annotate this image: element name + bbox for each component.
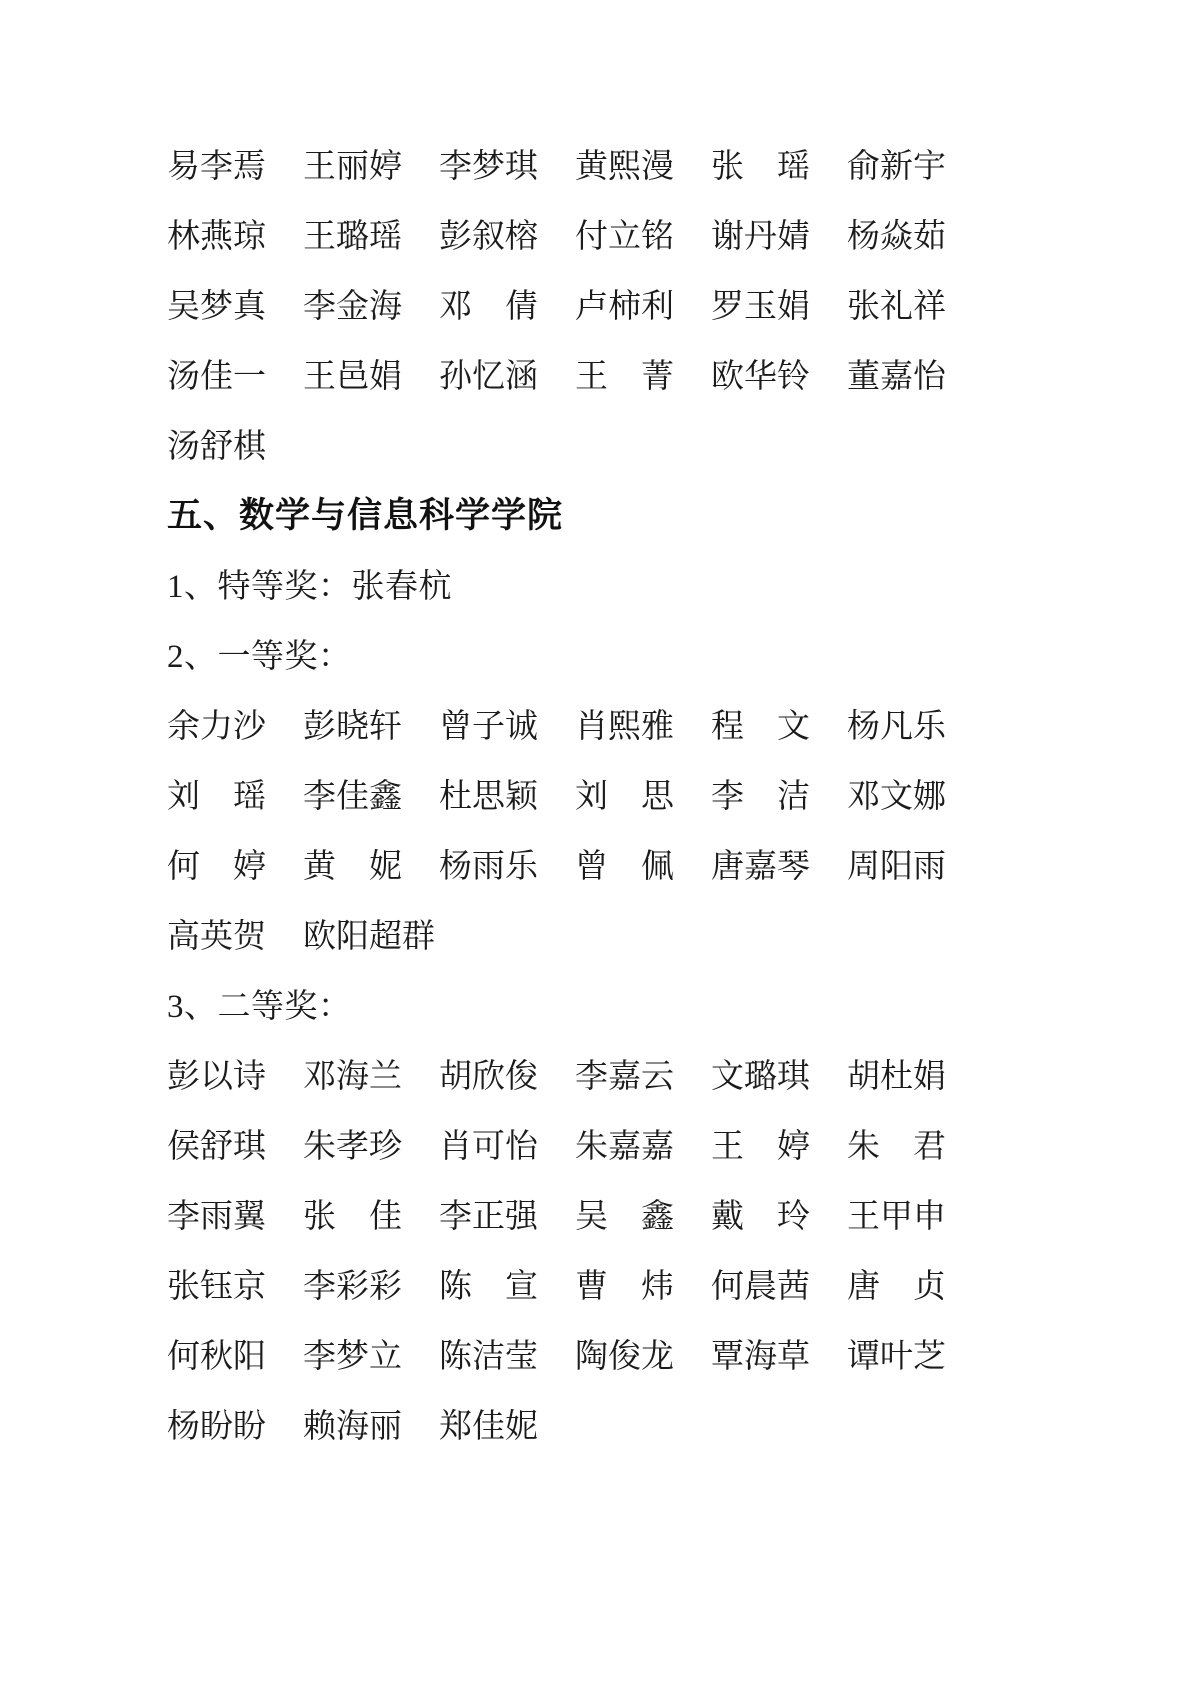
- person-name: 文璐琪: [711, 1050, 810, 1097]
- person-name: 杨焱茹: [847, 210, 946, 257]
- person-name: 朱孝珍: [303, 1120, 402, 1167]
- person-name: 李金海: [303, 280, 402, 327]
- person-name: 谭叶芝: [847, 1330, 946, 1377]
- person-name: 王邑娟: [303, 350, 402, 397]
- person-name: 覃海草: [711, 1330, 810, 1377]
- name-row: 汤舒棋: [167, 408, 1111, 478]
- person-name: 易李焉: [167, 140, 266, 187]
- person-name: 李彩彩: [303, 1260, 402, 1307]
- name-row: 李雨翼张 佳李正强吴 鑫戴 玲王甲申: [167, 1178, 1111, 1248]
- name-row: 彭以诗邓海兰胡欣俊李嘉云文璐琪胡杜娟: [167, 1038, 1111, 1108]
- person-name: 欧华铃: [711, 350, 810, 397]
- person-name: 杜思颖: [439, 770, 538, 817]
- person-name: 何晨茜: [711, 1260, 810, 1307]
- person-name: 李 洁: [711, 770, 810, 817]
- person-name: 王 婷: [711, 1120, 810, 1167]
- person-name: 肖可怡: [439, 1120, 538, 1167]
- person-name: 汤佳一: [167, 350, 266, 397]
- person-name: 戴 玲: [711, 1190, 810, 1237]
- name-row: 杨盼盼赖海丽郑佳妮: [167, 1388, 1111, 1458]
- name-row: 林燕琼王璐瑶彭叙榕付立铭谢丹婧杨焱茹: [167, 198, 1111, 268]
- person-name: 胡杜娟: [847, 1050, 946, 1097]
- section-heading: 五、数学与信息科学学院: [167, 478, 1111, 548]
- person-name: 罗玉娟: [711, 280, 810, 327]
- person-name: 吴 鑫: [575, 1190, 674, 1237]
- person-name: 周阳雨: [847, 840, 946, 887]
- person-name: 李梦琪: [439, 140, 538, 187]
- previous-section-name-list: 易李焉王丽婷李梦琪黄熙漫张 瑶俞新宇林燕琼王璐瑶彭叙榕付立铭谢丹婧杨焱茹吴梦真李…: [167, 128, 1111, 478]
- document-page: 易李焉王丽婷李梦琪黄熙漫张 瑶俞新宇林燕琼王璐瑶彭叙榕付立铭谢丹婧杨焱茹吴梦真李…: [0, 0, 1191, 1684]
- person-name: 王璐瑶: [303, 210, 402, 257]
- person-name: 邓文娜: [847, 770, 946, 817]
- person-name: 杨盼盼: [167, 1400, 266, 1447]
- second-prize-name-list: 彭以诗邓海兰胡欣俊李嘉云文璐琪胡杜娟侯舒琪朱孝珍肖可怡朱嘉嘉王 婷朱 君李雨翼张…: [167, 1038, 1111, 1458]
- name-row: 余力沙彭晓轩曾子诚肖熙雅程 文杨凡乐: [167, 688, 1111, 758]
- person-name: 唐嘉琴: [711, 840, 810, 887]
- person-name: 高英贺: [167, 910, 266, 957]
- person-name: 邓海兰: [303, 1050, 402, 1097]
- person-name: 陶俊龙: [575, 1330, 674, 1377]
- person-name: 卢柿利: [575, 280, 674, 327]
- person-name: 郑佳妮: [439, 1400, 538, 1447]
- person-name: 张礼祥: [847, 280, 946, 327]
- person-name: 杨凡乐: [847, 700, 946, 747]
- person-name: 邓 倩: [439, 280, 538, 327]
- person-name: 何秋阳: [167, 1330, 266, 1377]
- person-name: 唐 贞: [847, 1260, 946, 1307]
- person-name: 林燕琼: [167, 210, 266, 257]
- person-name: 李嘉云: [575, 1050, 674, 1097]
- person-name: 李正强: [439, 1190, 538, 1237]
- person-name: 程 文: [711, 700, 810, 747]
- person-name: 彭晓轩: [303, 700, 402, 747]
- person-name: 孙忆涵: [439, 350, 538, 397]
- special-prize-line: 1、特等奖：张春杭: [167, 548, 1111, 618]
- person-name: 黄熙漫: [575, 140, 674, 187]
- person-name: 陈洁莹: [439, 1330, 538, 1377]
- person-name: 俞新宇: [847, 140, 946, 187]
- name-row: 汤佳一王邑娟孙忆涵王 菁欧华铃董嘉怡: [167, 338, 1111, 408]
- person-name: 余力沙: [167, 700, 266, 747]
- person-name: 付立铭: [575, 210, 674, 257]
- person-name: 曾子诚: [439, 700, 538, 747]
- person-name: 李佳鑫: [303, 770, 402, 817]
- name-row: 张钰京李彩彩陈 宣曹 炜何晨茜唐 贞: [167, 1248, 1111, 1318]
- person-name: 彭以诗: [167, 1050, 266, 1097]
- person-name: 王 菁: [575, 350, 674, 397]
- name-row: 高英贺欧阳超群: [167, 898, 1111, 968]
- first-prize-name-list: 余力沙彭晓轩曾子诚肖熙雅程 文杨凡乐刘 瑶李佳鑫杜思颖刘 思李 洁邓文娜何 婷黄…: [167, 688, 1111, 968]
- person-name: 朱嘉嘉: [575, 1120, 674, 1167]
- person-name: 李雨翼: [167, 1190, 266, 1237]
- person-name: 王丽婷: [303, 140, 402, 187]
- person-name: 肖熙雅: [575, 700, 674, 747]
- person-name: 曹 炜: [575, 1260, 674, 1307]
- name-row: 吴梦真李金海邓 倩卢柿利罗玉娟张礼祥: [167, 268, 1111, 338]
- person-name: 侯舒琪: [167, 1120, 266, 1167]
- name-row: 何秋阳李梦立陈洁莹陶俊龙覃海草谭叶芝: [167, 1318, 1111, 1388]
- person-name: 曾 佩: [575, 840, 674, 887]
- person-name: 黄 妮: [303, 840, 402, 887]
- person-name: 刘 思: [575, 770, 674, 817]
- person-name: 刘 瑶: [167, 770, 266, 817]
- second-prize-label: 3、二等奖：: [167, 968, 1111, 1038]
- person-name: 朱 君: [847, 1120, 946, 1167]
- person-name: 何 婷: [167, 840, 266, 887]
- name-row: 刘 瑶李佳鑫杜思颖刘 思李 洁邓文娜: [167, 758, 1111, 828]
- person-name: 董嘉怡: [847, 350, 946, 397]
- person-name: 汤舒棋: [167, 420, 266, 467]
- person-name: 谢丹婧: [711, 210, 810, 257]
- person-name: 王甲申: [847, 1190, 946, 1237]
- name-row: 侯舒琪朱孝珍肖可怡朱嘉嘉王 婷朱 君: [167, 1108, 1111, 1178]
- person-name: 胡欣俊: [439, 1050, 538, 1097]
- person-name: 张 瑶: [711, 140, 810, 187]
- person-name: 杨雨乐: [439, 840, 538, 887]
- person-name: 彭叙榕: [439, 210, 538, 257]
- person-name: 欧阳超群: [303, 910, 435, 957]
- person-name: 陈 宣: [439, 1260, 538, 1307]
- person-name: 吴梦真: [167, 280, 266, 327]
- person-name: 赖海丽: [303, 1400, 402, 1447]
- person-name: 张 佳: [303, 1190, 402, 1237]
- person-name: 张钰京: [167, 1260, 266, 1307]
- name-row: 何 婷黄 妮杨雨乐曾 佩唐嘉琴周阳雨: [167, 828, 1111, 898]
- person-name: 李梦立: [303, 1330, 402, 1377]
- first-prize-label: 2、一等奖：: [167, 618, 1111, 688]
- name-row: 易李焉王丽婷李梦琪黄熙漫张 瑶俞新宇: [167, 128, 1111, 198]
